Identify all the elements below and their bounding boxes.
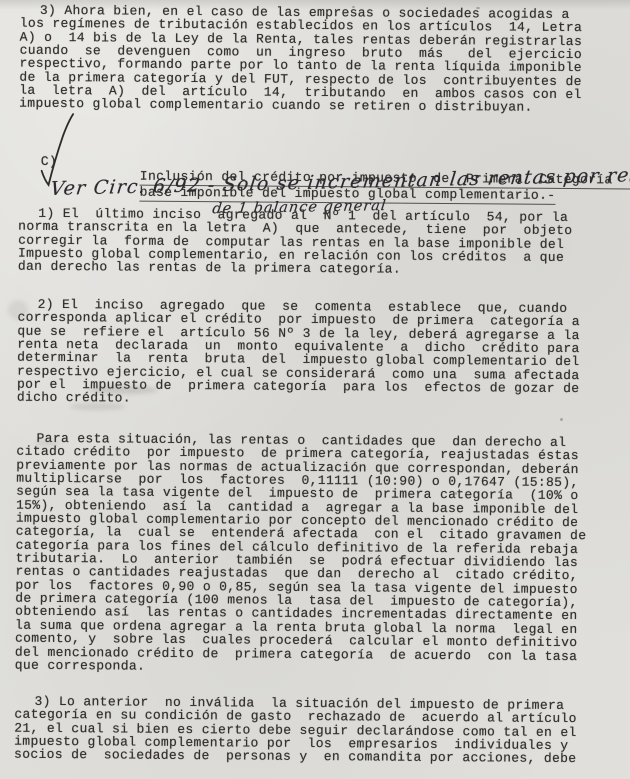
paragraph-2: 2) El inciso agregado que se comenta est…	[17, 298, 580, 409]
scanned-document-page: 3) Ahora bien, en el caso de las empresa…	[0, 0, 630, 779]
text-line: socios de sociedades de personas y en co…	[14, 748, 577, 766]
document-body: 3) Ahora bien, en el caso de las empresa…	[0, 0, 630, 779]
paragraph-calculation: Para esta situación, las rentas o cantid…	[15, 432, 587, 677]
paragraph-1: 1) El último inciso agregado al Nº 1 del…	[18, 207, 573, 278]
section-c-label: C)	[41, 155, 57, 169]
paragraph-3-final: 3) Lo anterior no inválida la situación …	[14, 695, 577, 766]
text-line: impuesto global complementario cuando se…	[19, 97, 582, 115]
paragraph-3-intro: 3) Ahora bien, en el caso de las empresa…	[19, 4, 582, 115]
